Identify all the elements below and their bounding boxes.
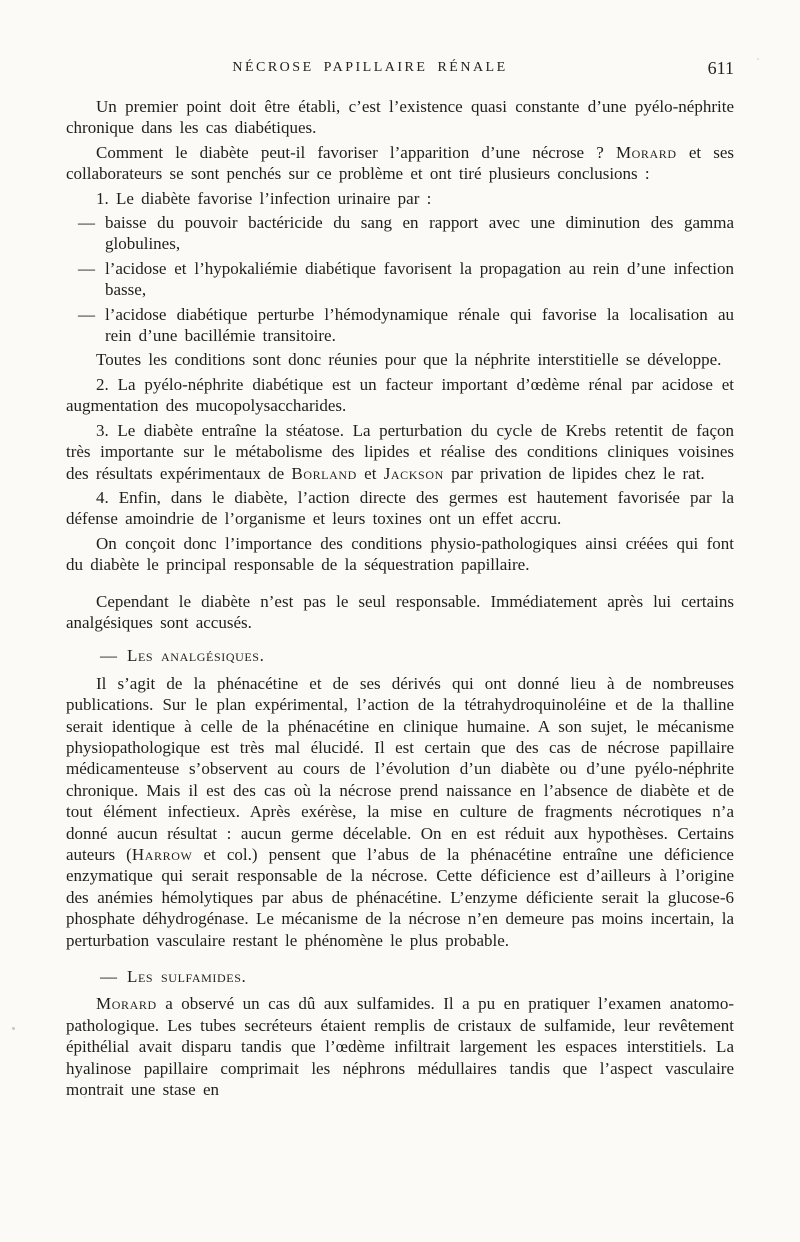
text-run: par privation de lipides chez le rat. <box>444 464 705 483</box>
text-run: a observé un cas dû aux sulfamides. Il a… <box>66 994 734 1099</box>
paragraph: 1. Le diabète favorise l’infection urina… <box>66 188 734 209</box>
paragraph: 4. Enfin, dans le diabète, l’action dire… <box>66 487 734 530</box>
small-caps-name: Jackson <box>384 464 444 483</box>
text-run: l’acidose diabétique perturbe l’hémodyna… <box>105 305 734 345</box>
paragraph: 2. La pyélo-néphrite diabétique est un f… <box>66 374 734 417</box>
page-content: Un premier point doit être établi, c’est… <box>66 96 734 1100</box>
dash-marker: — <box>100 646 127 665</box>
paragraph: Cependant le diabète n’est pas le seul r… <box>66 591 734 634</box>
dash-marker: — <box>78 259 105 278</box>
paper-speck <box>12 1027 15 1030</box>
text-run: 1. Le diabète favorise l’infection urina… <box>96 189 431 208</box>
paragraph: Toutes les conditions sont donc réunies … <box>66 349 734 370</box>
text-run: Un premier point doit être établi, c’est… <box>66 97 734 137</box>
text-run: On conçoit donc l’importance des conditi… <box>66 534 734 574</box>
paper-speck <box>84 1096 86 1098</box>
text-run: 2. La pyélo-néphrite diabétique est un f… <box>66 375 734 415</box>
dash-marker: — <box>78 213 105 232</box>
section-heading: —Les analgésiques. <box>100 645 734 666</box>
text-run: et <box>357 464 384 483</box>
list-item: —baisse du pouvoir bactéricide du sang e… <box>78 212 734 255</box>
paper-speck <box>757 58 759 60</box>
small-caps-name: Morard <box>616 143 677 162</box>
text-run: l’acidose et l’hypokaliémie diabétique f… <box>105 259 734 299</box>
scanned-page: NÉCROSE PAPILLAIRE RÉNALE 611 Un premier… <box>0 0 800 1242</box>
paragraph: Il s’agit de la phénacétine et de ses dé… <box>66 673 734 951</box>
page-header: NÉCROSE PAPILLAIRE RÉNALE 611 <box>66 60 734 82</box>
paragraph: Un premier point doit être établi, c’est… <box>66 96 734 139</box>
paragraph: Comment le diabète peut-il favoriser l’a… <box>66 142 734 185</box>
running-title: NÉCROSE PAPILLAIRE RÉNALE <box>66 60 674 76</box>
paragraph: Morard a observé un cas dû aux sulfamide… <box>66 993 734 1100</box>
paragraph: 3. Le diabète entraîne la stéatose. La p… <box>66 420 734 484</box>
page-number: 611 <box>708 58 734 79</box>
text-run: baisse du pouvoir bactéricide du sang en… <box>105 213 734 253</box>
list-item: —l’acidose et l’hypokaliémie diabétique … <box>78 258 734 301</box>
list-item: —l’acidose diabétique perturbe l’hémodyn… <box>78 304 734 347</box>
small-caps-name: Harrow <box>132 845 193 864</box>
text-run: Toutes les conditions sont donc réunies … <box>96 350 721 369</box>
small-caps-name: Les analgésiques. <box>127 646 264 665</box>
text-run: 4. Enfin, dans le diabète, l’action dire… <box>66 488 734 528</box>
text-run: Comment le diabète peut-il favoriser l’a… <box>96 143 616 162</box>
dash-marker: — <box>100 967 127 986</box>
paragraph: On conçoit donc l’importance des conditi… <box>66 533 734 576</box>
small-caps-name: Les sulfamides. <box>127 967 246 986</box>
dash-marker: — <box>78 305 105 324</box>
section-heading: —Les sulfamides. <box>100 966 734 987</box>
text-run: Cependant le diabète n’est pas le seul r… <box>66 592 734 632</box>
text-run: Il s’agit de la phénacétine et de ses dé… <box>66 674 734 864</box>
small-caps-name: Morard <box>96 994 157 1013</box>
small-caps-name: Borland <box>291 464 357 483</box>
